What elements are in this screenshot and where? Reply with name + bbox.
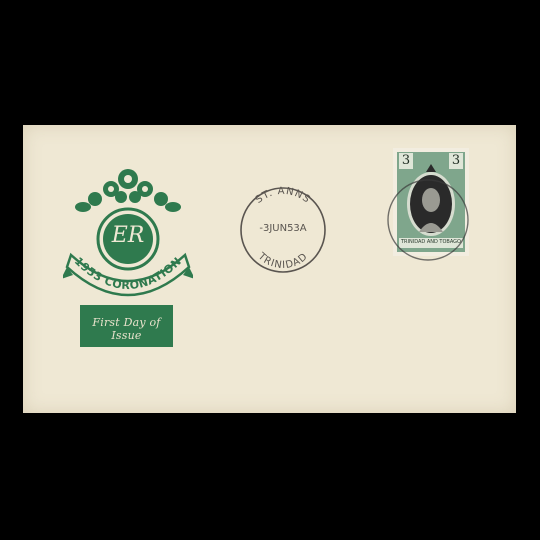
monogram: ER	[63, 223, 193, 248]
stamp-value-right: 3	[449, 153, 463, 169]
envelope: 1953 CORONATION ER First Day of Issue ST…	[23, 125, 516, 413]
postmark: ST. ANNS TRINIDAD -3JUN53A	[233, 180, 333, 280]
stamp-footer: TRINIDAD AND TOBAGO	[393, 239, 469, 245]
svg-text:ST. ANNS: ST. ANNS	[254, 186, 313, 206]
first-day-of-issue-panel: First Day of Issue	[80, 305, 173, 347]
postmark-date: -3JUN53A	[233, 223, 333, 234]
postage-stamp: 3 3 TRINIDAD AND TOBAGO	[393, 148, 469, 256]
stamp-value-left: 3	[399, 153, 413, 169]
first-day-of-issue-text: First Day of Issue	[80, 316, 173, 342]
